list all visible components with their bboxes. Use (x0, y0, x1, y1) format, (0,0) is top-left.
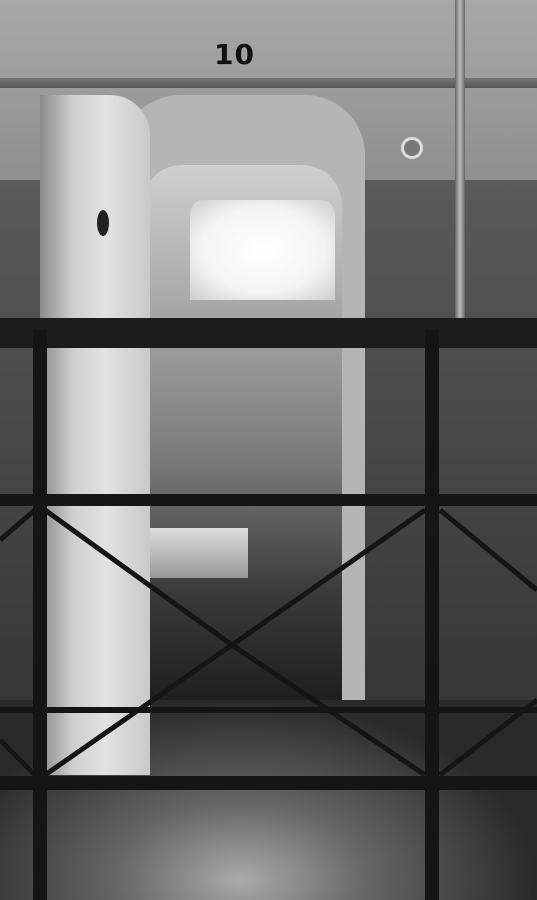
metal-barrier (0, 0, 537, 900)
photo-scene: 10 (0, 0, 537, 900)
